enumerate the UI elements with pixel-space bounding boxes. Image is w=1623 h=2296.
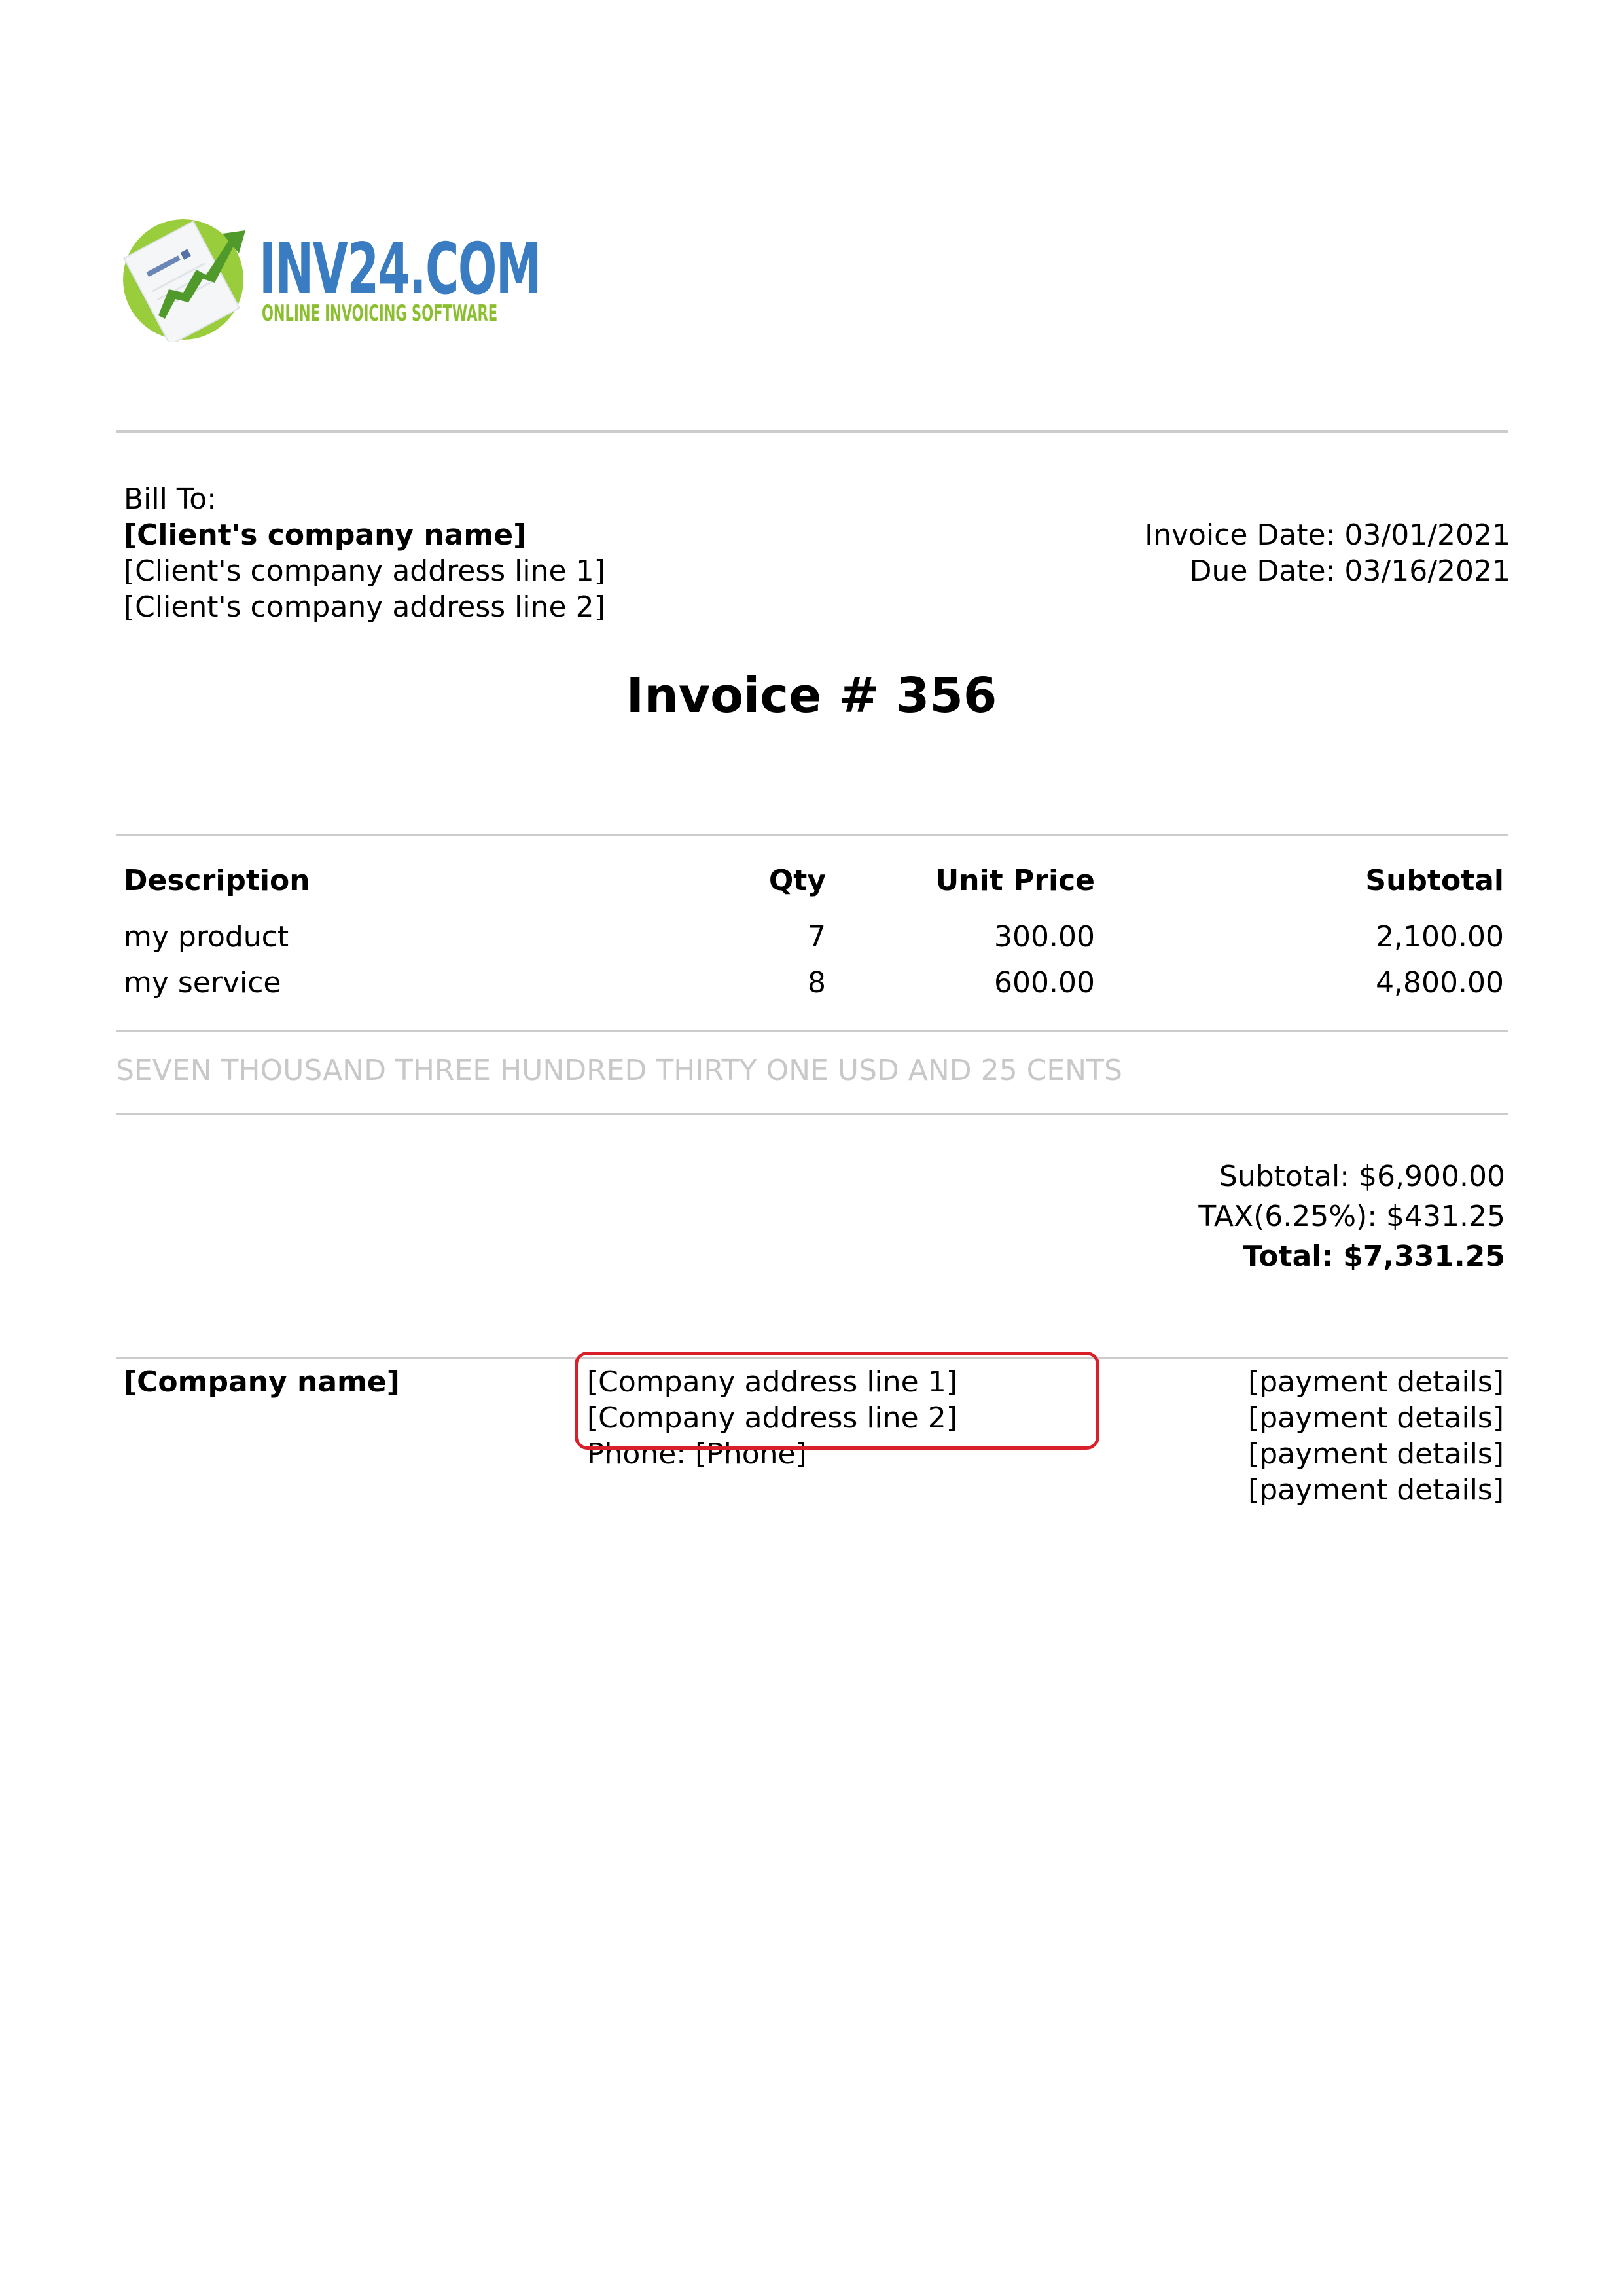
item-subtotal: 4,800.00 — [1376, 965, 1504, 1001]
payment-detail: [payment details] — [1248, 1472, 1504, 1508]
item-unit-price: 600.00 — [994, 965, 1095, 1001]
payment-details-block: [payment details] [payment details] [pay… — [1248, 1364, 1504, 1508]
column-header-description: Description — [124, 863, 310, 899]
amount-in-words: SEVEN THOUSAND THREE HUNDRED THIRTY ONE … — [116, 1051, 1122, 1090]
due-date: Due Date: 03/16/2021 — [1145, 553, 1510, 589]
tax-amount: TAX(6.25%): $431.25 — [1198, 1196, 1505, 1236]
highlight-box — [575, 1352, 1099, 1450]
total-amount: Total: $7,331.25 — [1198, 1236, 1505, 1276]
payment-detail: [payment details] — [1248, 1400, 1504, 1436]
item-description: my product — [124, 919, 289, 955]
bill-to-label: Bill To: — [124, 481, 605, 517]
divider — [116, 430, 1508, 433]
company-name: [Company name] — [124, 1364, 400, 1400]
invoice-growth-icon — [118, 211, 249, 342]
column-header-qty: Qty — [769, 863, 826, 899]
payment-detail: [payment details] — [1248, 1364, 1504, 1400]
logo — [118, 211, 249, 342]
item-description: my service — [124, 965, 281, 1001]
client-address-line-2: [Client's company address line 2] — [124, 589, 605, 625]
item-subtotal: 2,100.00 — [1376, 919, 1504, 955]
column-header-unit-price: Unit Price — [936, 863, 1095, 899]
divider — [116, 1030, 1508, 1032]
dates-block: Invoice Date: 03/01/2021 Due Date: 03/16… — [1145, 517, 1510, 589]
item-qty: 8 — [808, 965, 826, 1001]
totals-block: Subtotal: $6,900.00 TAX(6.25%): $431.25 … — [1198, 1157, 1505, 1276]
payment-detail: [payment details] — [1248, 1436, 1504, 1472]
divider — [116, 834, 1508, 836]
column-header-subtotal: Subtotal — [1365, 863, 1504, 899]
bill-to-block: Bill To: [Client's company name] [Client… — [124, 481, 605, 625]
client-company-name: [Client's company name] — [124, 517, 605, 553]
invoice-title: Invoice # 356 — [0, 666, 1623, 725]
logo-tagline: ONLINE INVOICING SOFTWARE — [262, 302, 497, 325]
logo-wordmark: INV24.COM — [259, 234, 541, 305]
divider — [116, 1113, 1508, 1115]
item-qty: 7 — [808, 919, 826, 955]
subtotal-amount: Subtotal: $6,900.00 — [1198, 1157, 1505, 1196]
client-address-line-1: [Client's company address line 1] — [124, 553, 605, 589]
item-unit-price: 300.00 — [994, 919, 1095, 955]
invoice-date: Invoice Date: 03/01/2021 — [1145, 517, 1510, 553]
